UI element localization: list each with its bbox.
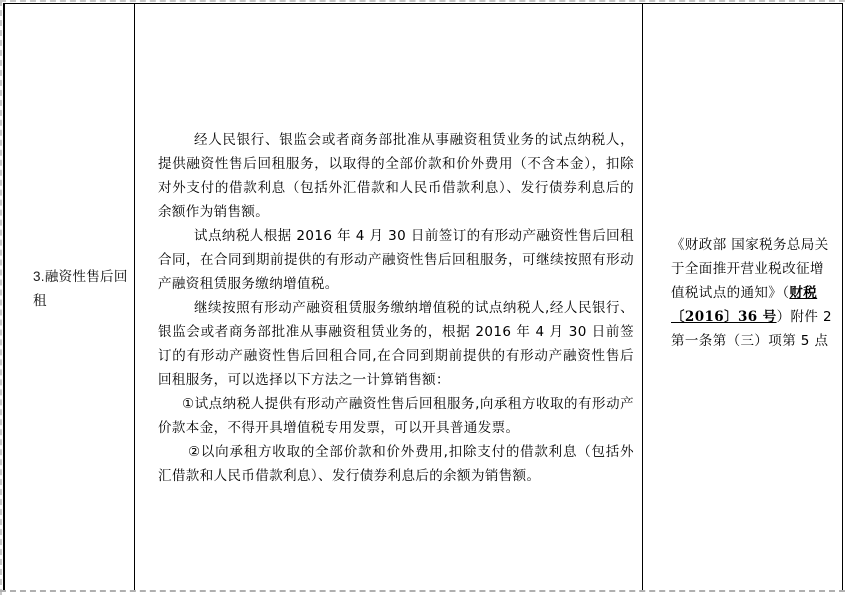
content-paragraph-2: 试点纳税人根据 2016 年 4 月 30 日前签订的有形动产融资性售后回租合同…	[158, 224, 634, 296]
item-label: 3.融资性售后回租	[33, 265, 129, 313]
content-paragraph-1: 经人民银行、银监会或者商务部批准从事融资租赁业务的试点纳税人，提供融资性售后回租…	[158, 128, 634, 224]
content-paragraph-option-1: ①试点纳税人提供有形动产融资性售后回租服务,向承租方收取的有形动产价款本金，不得…	[158, 392, 634, 440]
item-number: 3.	[33, 269, 45, 284]
reference-text: 《财政部 国家税务总局关于全面推开营业税改征增值税试点的通知》（财税〔2016〕…	[671, 233, 836, 353]
policy-table: 3.融资性售后回租 经人民银行、银监会或者商务部批准从事融资租赁业务的试点纳税人…	[3, 3, 843, 591]
content-paragraph-3: 继续按照有形动产融资租赁服务缴纳增值税的试点纳税人,经人民银行、银监会或者商务部…	[158, 296, 634, 392]
item-cell: 3.融资性售后回租	[3, 4, 135, 591]
content-cell: 经人民银行、银监会或者商务部批准从事融资租赁业务的试点纳税人，提供融资性售后回租…	[135, 4, 643, 591]
content-text: 经人民银行、银监会或者商务部批准从事融资租赁业务的试点纳税人，提供融资性售后回租…	[158, 128, 634, 488]
item-title: 融资性售后回租	[33, 269, 128, 309]
reference-cell: 《财政部 国家税务总局关于全面推开营业税改征增值税试点的通知》（财税〔2016〕…	[643, 4, 843, 591]
content-paragraph-option-2: ②以向承租方收取的全部价款和价外费用,扣除支付的借款利息（包括外汇借款和人民币借…	[158, 440, 634, 488]
page-edge-bottom	[0, 590, 845, 593]
